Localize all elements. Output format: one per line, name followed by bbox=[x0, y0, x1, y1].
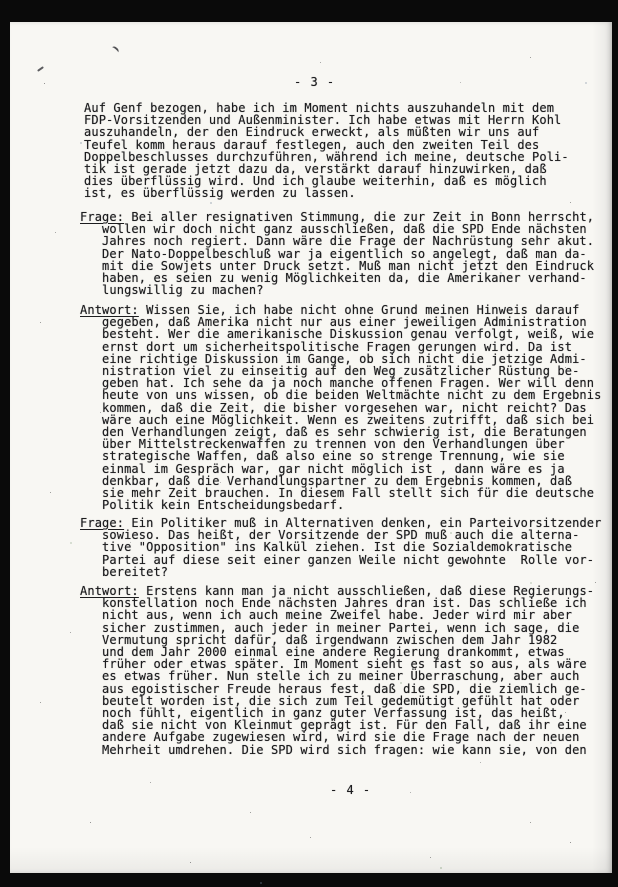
answer-text: Wissen Sie, ich habe nicht ohne Grund me… bbox=[80, 303, 601, 512]
paragraph-continuation: Auf Genf bezogen, habe ich im Moment nic… bbox=[84, 102, 569, 200]
answer-block-2: Antwort: Erstens kann man ja nicht aussc… bbox=[80, 585, 594, 756]
paragraph-text: Auf Genf bezogen, habe ich im Moment nic… bbox=[84, 101, 569, 200]
answer-text: Erstens kann man ja nicht ausschließen, … bbox=[80, 584, 594, 757]
page-number-top: - 3 - bbox=[294, 75, 335, 89]
page-number-bottom: - 4 - bbox=[330, 783, 371, 797]
question-block-2: Frage: Ein Politiker muß in Alternativen… bbox=[80, 517, 601, 578]
question-text: Ein Politiker muß in Alternativen denken… bbox=[80, 516, 601, 579]
question-text: Bei aller resignativen Stimmung, die zur… bbox=[80, 210, 594, 297]
answer-block-1: Antwort: Wissen Sie, ich habe nicht ohne… bbox=[80, 304, 601, 511]
pen-mark bbox=[110, 45, 120, 55]
pen-mark bbox=[37, 66, 44, 72]
question-block-1: Frage: Bei aller resignativen Stimmung, … bbox=[80, 211, 594, 296]
document-page: - 3 - Auf Genf bezogen, habe ich im Mome… bbox=[10, 22, 612, 873]
scanned-page-frame: - 3 - Auf Genf bezogen, habe ich im Mome… bbox=[0, 0, 618, 887]
scan-noise-layer-color bbox=[10, 22, 12, 24]
